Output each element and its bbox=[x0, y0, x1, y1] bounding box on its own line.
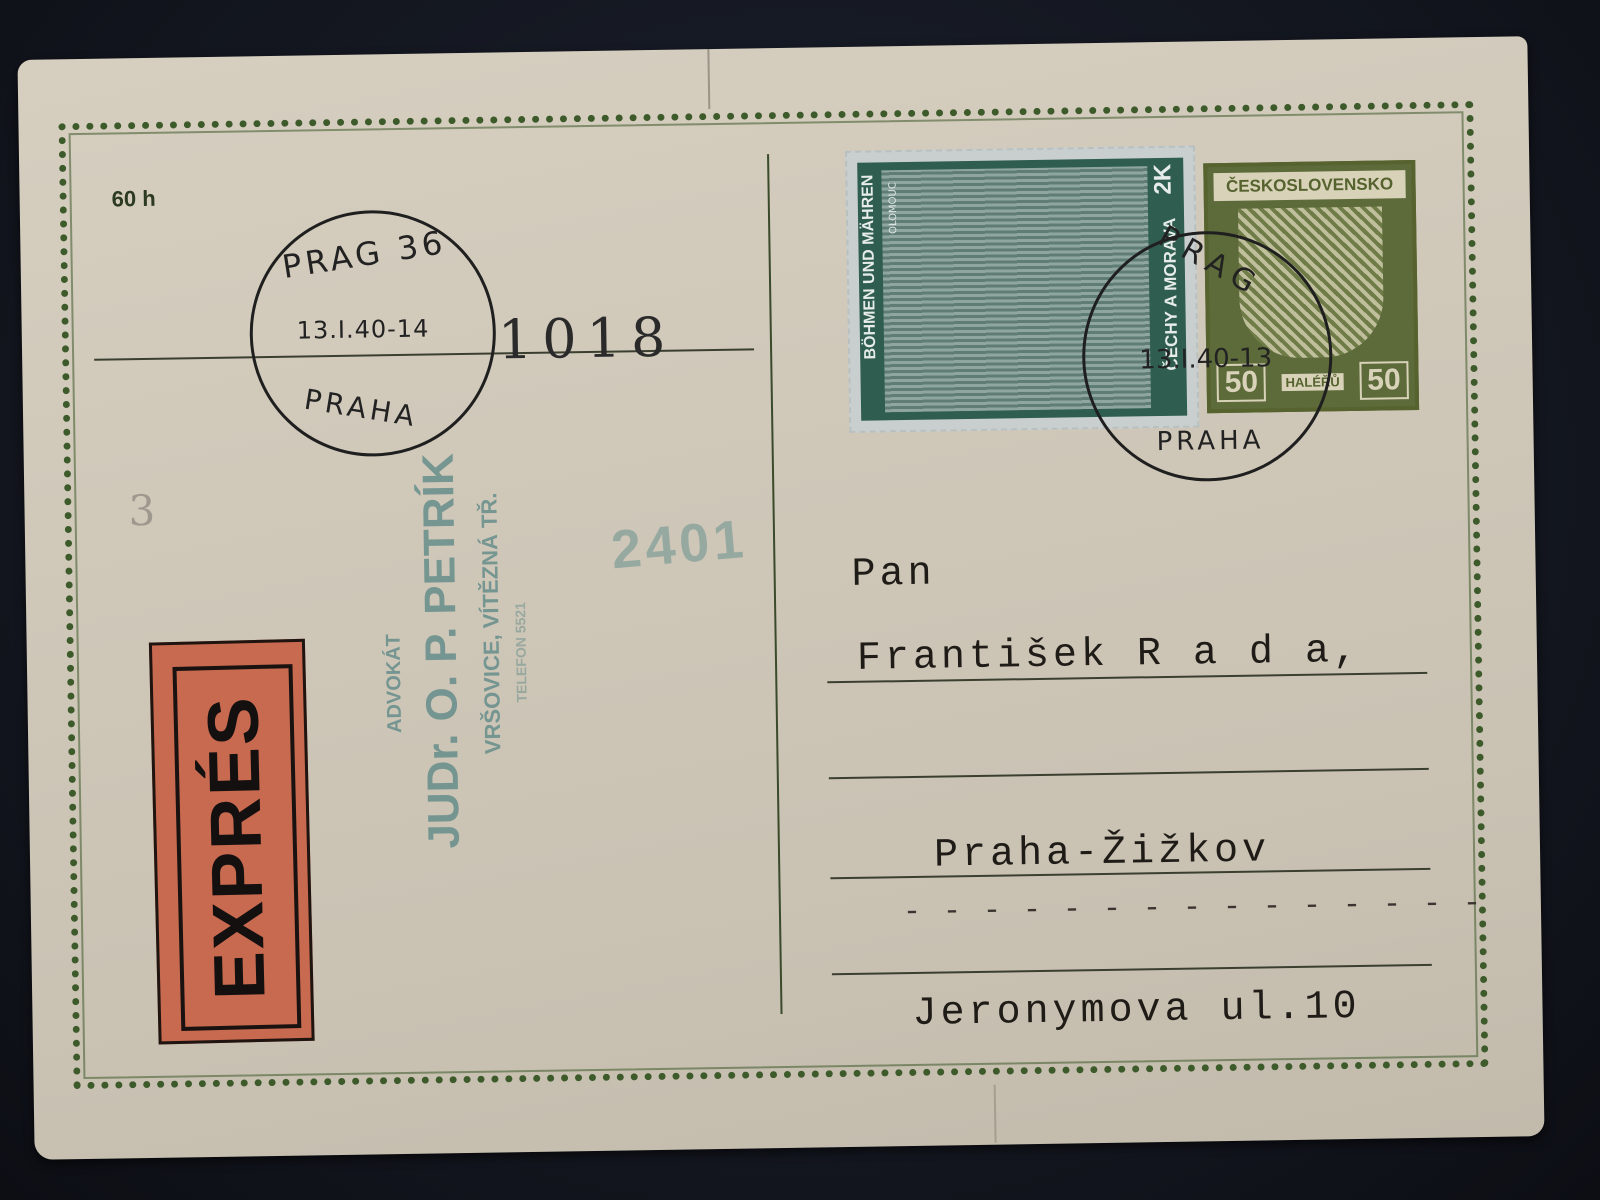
stamp-text-left: BÖHMEN UND MÄHREN bbox=[859, 174, 880, 359]
indicium-value-right: 50 bbox=[1359, 361, 1409, 400]
stamp-value: 2K bbox=[1149, 164, 1177, 195]
postmark-left-bottom: PRAHA bbox=[302, 383, 420, 434]
address-salutation: Pan bbox=[851, 552, 936, 598]
registration-number: 1018 bbox=[497, 306, 675, 372]
stamp-city: OLOMOUC bbox=[887, 182, 899, 234]
postcard: 60 h PRAG 36 13.I.40-14 PRAHA 1018 BÖHME… bbox=[17, 36, 1544, 1160]
postmark-left-date: 13.I.40-14 bbox=[297, 314, 430, 344]
postmark-right-bottom: PRAHA bbox=[1156, 425, 1264, 457]
indicium-country: ČESKOSLOVENSKO bbox=[1213, 170, 1405, 201]
sender-line-2: JUDr. O. P. PETRÍK bbox=[414, 453, 470, 849]
postmark-left-top: PRAG 36 bbox=[280, 223, 449, 286]
card-value-text: 60 h bbox=[111, 186, 155, 213]
express-label: EXPRÉS bbox=[149, 639, 315, 1045]
sender-stamp: ADVOKÁT JUDr. O. P. PETRÍK VRŠOVICE, VÍT… bbox=[380, 452, 558, 995]
postmark-right-date: 13.I.40-13 bbox=[1139, 343, 1272, 375]
sender-line-4: TELEFON 5521 bbox=[512, 602, 530, 703]
pencil-mark: 3 bbox=[128, 486, 156, 535]
sender-line-1: ADVOKÁT bbox=[383, 634, 408, 733]
blue-number-stamp: 2401 bbox=[609, 508, 750, 581]
express-label-text: EXPRÉS bbox=[192, 695, 281, 1001]
sender-line-3: VRŠOVICE, VÍTĚZNÁ TŘ. bbox=[476, 492, 506, 754]
address-street: Jeronymova ul.10 bbox=[912, 985, 1361, 1037]
